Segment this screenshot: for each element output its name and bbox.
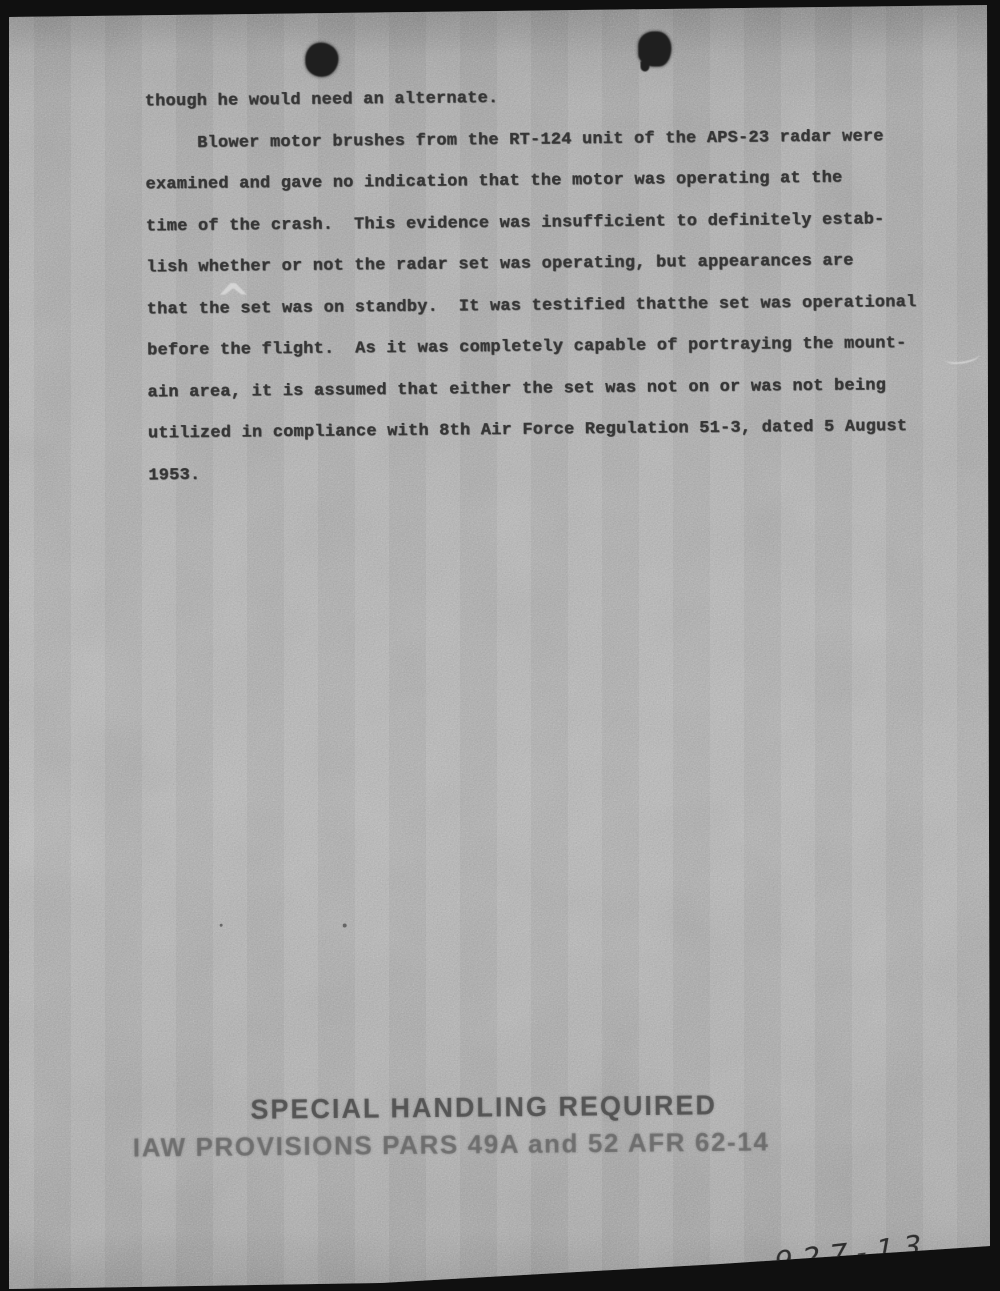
ink-speck bbox=[343, 923, 347, 927]
punch-hole-right-icon bbox=[638, 31, 671, 66]
scratch-mark bbox=[945, 349, 980, 366]
body-line: before the flight. As it was completely … bbox=[147, 323, 937, 372]
body-line: examined and gave no indication that the… bbox=[145, 157, 935, 206]
paper-sheet: though he would need an alternate. Blowe… bbox=[0, 0, 1000, 1291]
ink-speck bbox=[220, 924, 223, 927]
body-line: 1953. bbox=[148, 447, 938, 496]
typed-body-text: though he would need an alternate. Blowe… bbox=[145, 74, 939, 497]
body-line: lish whether or not the radar set was op… bbox=[146, 240, 936, 289]
handwritten-page-number: 927-13 bbox=[774, 1228, 930, 1280]
page-content: though he would need an alternate. Blowe… bbox=[0, 0, 1000, 1291]
special-handling-stamp-line2: IAW PROVISIONS PARS 49A and 52 AFR 62-14 bbox=[133, 1126, 770, 1163]
scanned-document: though he would need an alternate. Blowe… bbox=[0, 0, 1000, 1291]
white-correction-caret: ^ bbox=[215, 274, 251, 323]
special-handling-stamp-line1: SPECIAL HANDLING REQUIRED bbox=[250, 1089, 717, 1126]
body-line: utilized in compliance with 8th Air Forc… bbox=[148, 406, 938, 455]
punch-hole-left-icon bbox=[305, 43, 338, 77]
